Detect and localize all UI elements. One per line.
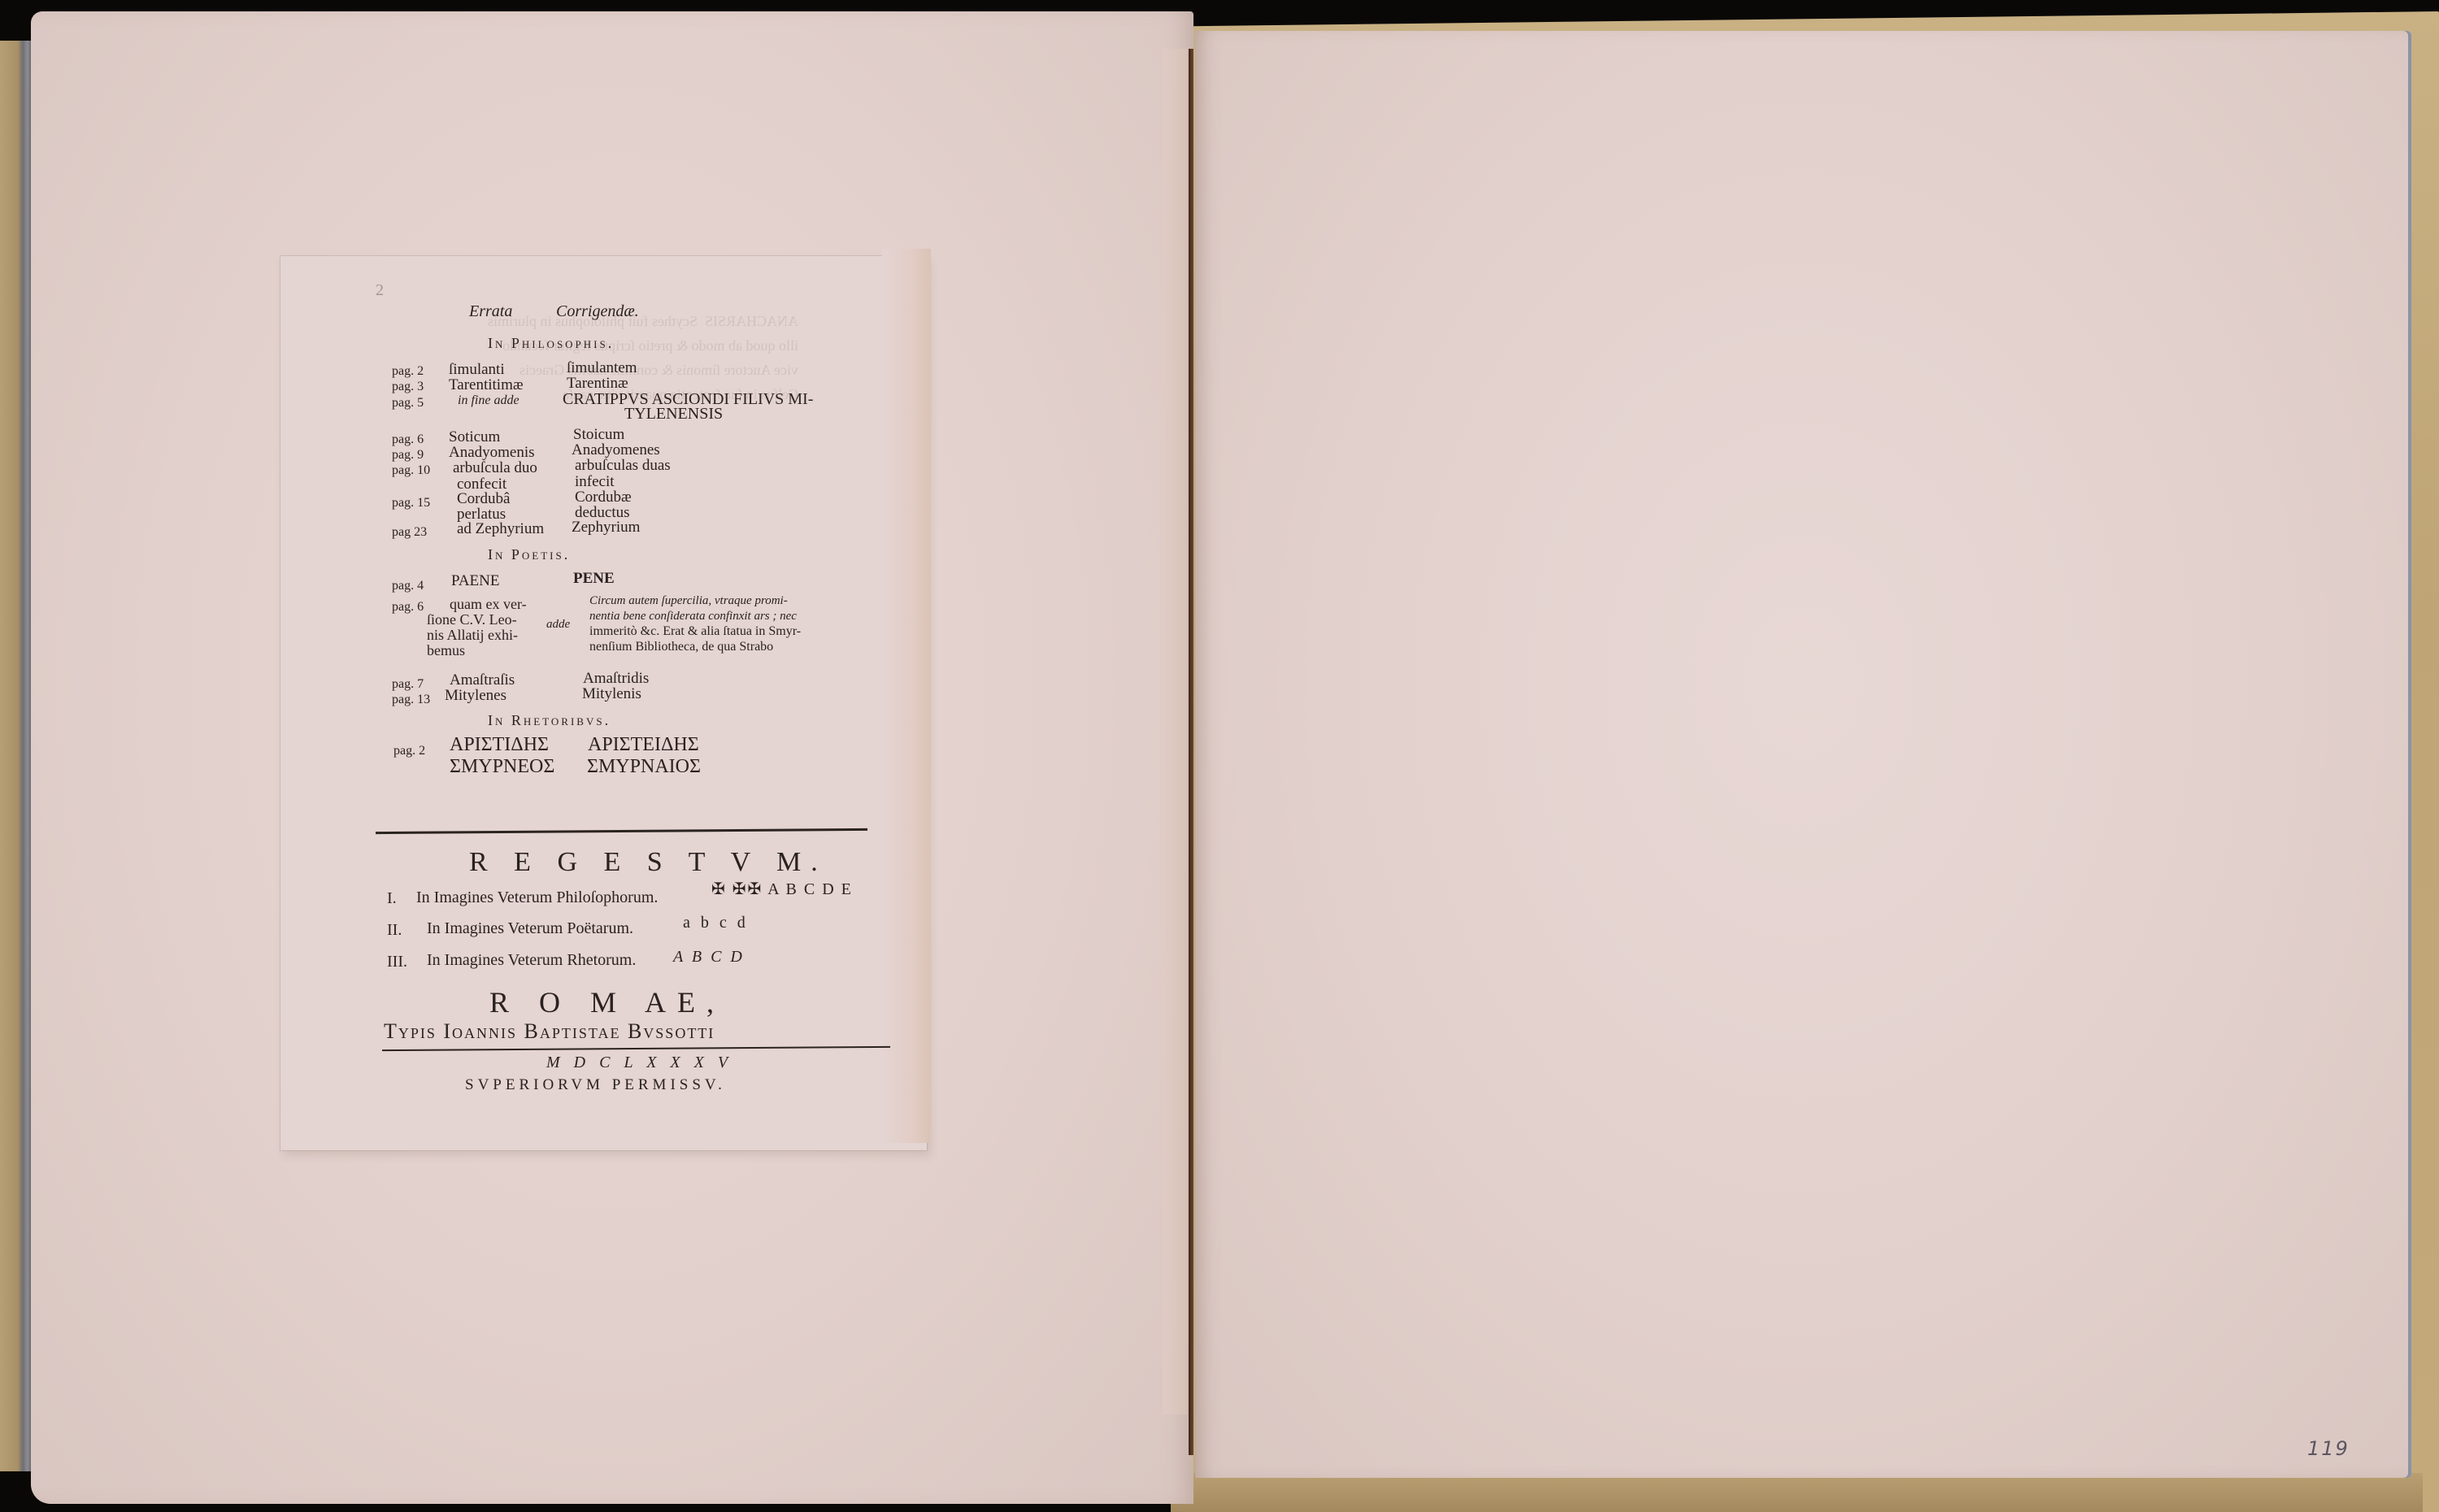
register-numeral: III. <box>387 953 407 971</box>
book-gutter <box>1189 49 1193 1455</box>
page-ref: pag. 2 <box>393 744 425 758</box>
errata-text-line: nis Allatij exhi- <box>427 627 518 644</box>
register-numeral: I. <box>387 889 397 908</box>
corrigenda-text-line: nentia bene conſiderata confinxit ars ; … <box>589 610 797 623</box>
errata-slip-hinge <box>882 249 931 1143</box>
imprint-year: M D C L X X X V <box>546 1054 733 1072</box>
register-signatures: A B C D <box>673 948 745 967</box>
slip-corner-mark: 2 <box>376 281 384 300</box>
page-ref: pag. 5 <box>392 396 424 411</box>
errata-text: arbuſcula duo <box>453 459 537 477</box>
corrigenda-text: Mitylenis <box>582 685 641 703</box>
errata-text: Mitylenes <box>445 687 506 705</box>
section-heading-poetis: In Poetis. <box>488 546 570 563</box>
errata-text: Tarentitimæ <box>449 376 524 394</box>
page-ref: pag. 6 <box>392 600 424 615</box>
register-signatures: a b c d <box>683 914 749 932</box>
errata-text-line: quam ex ver- <box>450 596 527 613</box>
errata-heading: Errata <box>469 302 512 321</box>
corrigenda-text-greek: ΣΜΥΡΝΑΙΟΣ <box>587 756 701 778</box>
corrigenda-text-line: nenſium Bibliotheca, de qua Strabo <box>589 640 773 654</box>
page-ref: pag. 3 <box>392 380 424 394</box>
corrigenda-text: Zephyrium <box>572 519 640 537</box>
corrigenda-text: arbuſculas duas <box>575 457 671 475</box>
imprint-printer: Typis Ioannis Baptistae Bvssotti <box>384 1019 715 1044</box>
imprint-city: R O M AE, <box>489 985 725 1019</box>
register-numeral: II. <box>387 921 402 940</box>
corrigenda-text-continued: TYLENENSIS <box>624 405 723 424</box>
imprint-permission: SVPERIORVM PERMISSV. <box>465 1076 726 1094</box>
corrigenda-heading: Corrigendæ. <box>556 302 639 321</box>
errata-text-line: ſione C.V. Leo- <box>427 611 517 628</box>
corrigenda-text: PENE <box>573 570 615 588</box>
adde-connector: adde <box>546 618 570 632</box>
register-text: In Imagines Veterum Poëtarum. <box>427 919 633 938</box>
corrigenda-text-line: Circum autem ſupercilia, vtraque promi- <box>589 594 788 608</box>
page-ref: pag. 15 <box>392 496 430 511</box>
register-text: In Imagines Veterum Philoſophorum. <box>416 889 658 907</box>
page-ref: pag. 6 <box>392 432 424 447</box>
page-ref: pag. 4 <box>392 579 424 593</box>
errata-text: PAENE <box>451 572 499 590</box>
errata-text-line: bemus <box>427 642 465 659</box>
vellum-binding-bottom-edge <box>1171 1473 2423 1512</box>
gutter-paper-strip <box>1163 49 1187 1414</box>
errata-text: in fine adde <box>458 393 520 408</box>
page-ref: pag 23 <box>392 525 427 540</box>
right-page <box>1195 31 2411 1478</box>
register-title: R E G E S T V M. <box>469 847 828 878</box>
register-text: In Imagines Veterum Rhetorum. <box>427 951 636 970</box>
errata-text-greek: ΑΡΙΣΤΙΔΗΣ <box>450 734 549 756</box>
corrigenda-text-greek: ΑΡΙΣΤΕΙΔΗΣ <box>588 734 699 756</box>
page-ref: pag. 13 <box>392 693 430 707</box>
page-ref: pag. 2 <box>392 364 424 379</box>
corrigenda-text-line: immeritò &c. Erat & alia ſtatua in Smyr- <box>589 624 801 639</box>
pencil-folio-number: 119 <box>2307 1437 2350 1460</box>
errata-text-greek: ΣΜΥΡΝΕΟΣ <box>450 756 554 778</box>
page-ref: pag. 7 <box>392 677 424 692</box>
page-ref: pag. 9 <box>392 448 424 463</box>
register-signatures: ✠ ✠✠ A B C D E <box>711 879 853 899</box>
errata-text: ad Zephyrium <box>457 520 544 538</box>
vellum-binding-left-edge <box>0 41 33 1471</box>
section-heading-philosophis: In Philosophis. <box>488 335 614 352</box>
section-heading-rhetoribus: In Rhetoribvs. <box>488 712 611 729</box>
page-ref: pag. 10 <box>392 463 430 478</box>
